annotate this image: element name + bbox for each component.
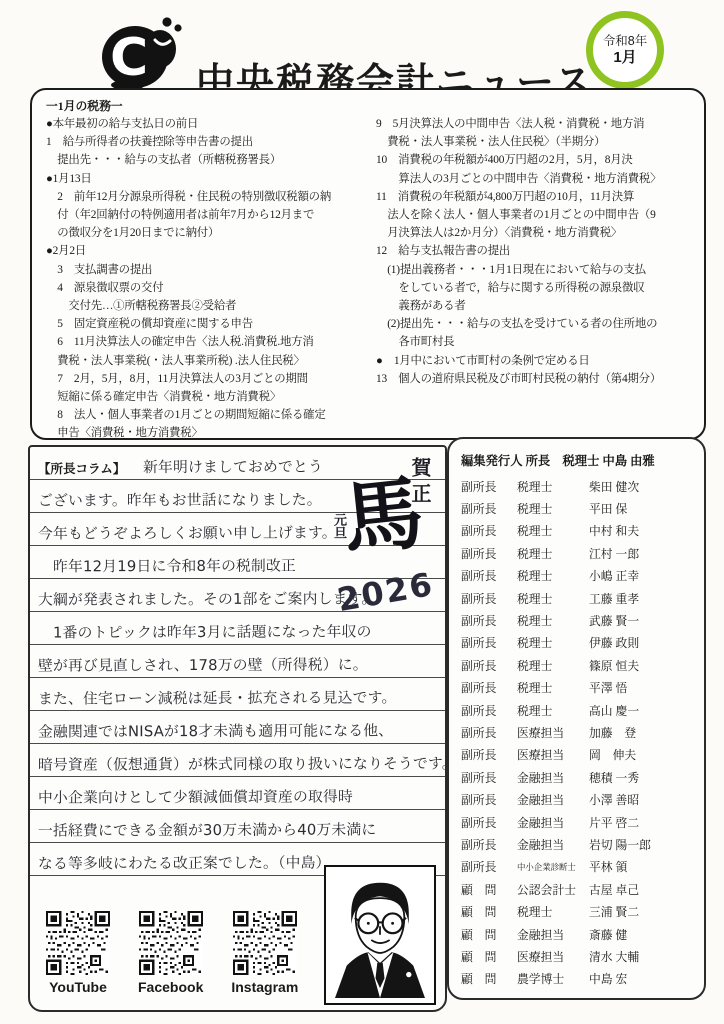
staff-row: 副所長 税理士 平田 保 <box>461 497 696 519</box>
tax-calendar-line: (1)提出義務者・・・1月1日現在において給与の支払 <box>376 261 692 279</box>
director-column-box: 【所長コラム】 新年明けましておめでとう ございます。昨年もお世話になりました。… <box>28 445 447 1012</box>
tax-calendar-columns: ●本年最初の給与支払日の前日1 給与所得者の扶養控除等申告書の提出 提出先・・・… <box>46 115 692 443</box>
staff-title: 税理士 <box>517 657 589 674</box>
staff-title: 医療担当 <box>517 746 589 763</box>
staff-title: 金融担当 <box>517 836 589 853</box>
staff-name: 小嶋 正幸 <box>589 567 696 584</box>
staff-role: 顧 問 <box>461 903 517 920</box>
tax-calendar-line: ●2月2日 <box>46 242 362 260</box>
staff-name: 高山 慶一 <box>589 702 696 719</box>
svg-text:C: C <box>110 28 148 88</box>
tax-calendar-heading: 一1月の税務一 <box>46 97 692 115</box>
staff-role: 副所長 <box>461 567 517 584</box>
staff-role: 副所長 <box>461 657 517 674</box>
staff-title: 農学博士 <box>517 970 589 987</box>
staff-row: 副所長 税理士 小嶋 正幸 <box>461 565 696 587</box>
director-portrait-illustration <box>326 867 434 1003</box>
tax-calendar-line: 付（年2回納付の特例適用者は前年7月から12月まで <box>46 206 362 224</box>
staff-title: 中小企業診断士 <box>517 861 589 873</box>
qr-code-label: Facebook <box>138 979 203 995</box>
staff-title: 税理士 <box>517 903 589 920</box>
staff-title: 税理士 <box>517 612 589 629</box>
staff-role: 副所長 <box>461 724 517 741</box>
staff-name: 清水 大輔 <box>589 948 696 965</box>
tax-calendar-line: 11 消費税の年税額が4,800万円超の10月，11月決算 <box>376 188 692 206</box>
staff-name: 平澤 悟 <box>589 679 696 696</box>
staff-name: 伊藤 政則 <box>589 634 696 651</box>
column-label: 【所長コラム】 <box>38 459 125 477</box>
staff-title: 金融担当 <box>517 791 589 808</box>
staff-name: 江村 一郎 <box>589 545 696 562</box>
tax-calendar-line: 9 5月決算法人の中間申告〈法人税・消費税・地方消 <box>376 115 692 133</box>
staff-title: 公認会計士 <box>517 881 589 898</box>
staff-title: 税理士 <box>517 522 589 539</box>
staff-role: 副所長 <box>461 634 517 651</box>
tax-calendar-line: 7 2月，5月，8月，11月決算法人の3月ごとの期間 <box>46 370 362 388</box>
staff-name: 中島 宏 <box>589 970 696 987</box>
staff-row: 顧 問 公認会計士 古屋 卓己 <box>461 878 696 900</box>
staff-title: 税理士 <box>517 478 589 495</box>
staff-name: 小澤 善昭 <box>589 791 696 808</box>
staff-row: 顧 問 医療担当 清水 大輔 <box>461 945 696 967</box>
tax-calendar-line: ●1月13日 <box>46 170 362 188</box>
staff-name: 片平 啓二 <box>589 814 696 831</box>
staff-row: 顧 問 金融担当 斎藤 健 <box>461 923 696 945</box>
staff-title: 税理士 <box>517 634 589 651</box>
staff-row: 副所長 金融担当 片平 啓二 <box>461 811 696 833</box>
staff-name: 工藤 重孝 <box>589 590 696 607</box>
tax-calendar-line: 交付先…①所轄税務署長②受給者 <box>46 297 362 315</box>
staff-row: 副所長 税理士 平澤 悟 <box>461 677 696 699</box>
staff-row: 副所長 金融担当 岩切 陽一郎 <box>461 833 696 855</box>
handwritten-line: また、住宅ローン減税は延長・拡充される見込です。 <box>30 678 445 711</box>
issue-date-badge: 令和8年 1月 <box>586 11 664 89</box>
tax-calendar-line: 費税・法人事業税(・法人事業所税) .法人住民税〉 <box>46 352 362 370</box>
staff-row: 副所長 税理士 工藤 重孝 <box>461 587 696 609</box>
qr-code-icon <box>46 911 110 975</box>
staff-role: 副所長 <box>461 769 517 786</box>
staff-role: 副所長 <box>461 500 517 517</box>
handwritten-column: 新年明けましておめでとう ございます。昨年もお世話になりました。 今年もどうぞよ… <box>30 447 445 876</box>
staff-role: 副所長 <box>461 836 517 853</box>
staff-row: 顧 問 税理士 三浦 賢二 <box>461 900 696 922</box>
handwritten-line: 今年もどうぞよろしくお願い申し上げます。 <box>30 513 445 546</box>
staff-title: 医療担当 <box>517 724 589 741</box>
staff-row: 副所長 金融担当 穂積 一秀 <box>461 766 696 788</box>
tax-calendar-line: 申告〈消費税・地方消費税〉 <box>46 424 362 442</box>
staff-row: 副所長 税理士 伊藤 政則 <box>461 632 696 654</box>
staff-role: 副所長 <box>461 679 517 696</box>
tax-calendar-line: (2)提出先・・・給与の支払を受けている者の住所地の <box>376 315 692 333</box>
staff-role: 副所長 <box>461 478 517 495</box>
staff-role: 副所長 <box>461 612 517 629</box>
qr-code-label: Instagram <box>231 979 298 995</box>
staff-role: 副所長 <box>461 858 517 875</box>
staff-title: 税理士 <box>517 702 589 719</box>
staff-row: 副所長 金融担当 小澤 善昭 <box>461 788 696 810</box>
staff-title: 税理士 <box>517 567 589 584</box>
staff-row: 副所長 税理士 武藤 賢一 <box>461 609 696 631</box>
staff-role: 顧 問 <box>461 881 517 898</box>
handwritten-line: 昨年12月19日に令和8年の税制改正 <box>30 546 445 579</box>
staff-row: 副所長 税理士 柴田 健次 <box>461 475 696 497</box>
staff-role: 副所長 <box>461 814 517 831</box>
tax-calendar-line: 算法人の3月ごとの中間申告〈消費税・地方消費税〉 <box>376 170 692 188</box>
tax-calendar-line: 13 個人の道府県民税及び市町村民税の納付（第4期分） <box>376 370 692 388</box>
qr-code-item: YouTube <box>46 911 110 995</box>
publisher-title: 所長 税理士 <box>526 454 600 468</box>
staff-row: 副所長 税理士 江村 一郎 <box>461 542 696 564</box>
staff-name: 三浦 賢二 <box>589 903 696 920</box>
staff-role: 副所長 <box>461 746 517 763</box>
staff-role: 副所長 <box>461 522 517 539</box>
staff-row: 副所長 中小企業診断士 平林 領 <box>461 856 696 878</box>
staff-role: 顧 問 <box>461 970 517 987</box>
tax-calendar-line: 4 源泉徴収票の交付 <box>46 279 362 297</box>
qr-code-item: Facebook <box>138 911 203 995</box>
tax-calendar-line: 2 前年12月分源泉所得税・住民税の特別徴収税額の納 <box>46 188 362 206</box>
publisher-label: 編集発行人 <box>461 454 523 468</box>
publisher-line: 編集発行人 所長 税理士 中島 由雅 <box>461 451 696 475</box>
staff-name: 平田 保 <box>589 500 696 517</box>
staff-name: 斎藤 健 <box>589 926 696 943</box>
staff-name: 平林 領 <box>589 858 696 875</box>
tax-calendar-line: 各市町村長 <box>376 333 692 351</box>
staff-name: 篠原 恒夫 <box>589 657 696 674</box>
snail-logo-icon: C <box>98 13 190 91</box>
staff-name: 加藤 登 <box>589 724 696 741</box>
qr-code-icon <box>139 911 203 975</box>
qr-code-label: YouTube <box>49 979 107 995</box>
staff-row: 副所長 医療担当 岡 伸夫 <box>461 744 696 766</box>
staff-role: 顧 問 <box>461 948 517 965</box>
handwritten-line: 金融関連ではNISAが18才未満も適用可能になる他、 <box>30 711 445 744</box>
staff-title: 金融担当 <box>517 769 589 786</box>
handwritten-line: 壁が再び見直しされ、178万の壁（所得税）に。 <box>30 645 445 678</box>
handwritten-line: ございます。昨年もお世話になりました。 <box>30 480 445 513</box>
staff-role: 副所長 <box>461 590 517 607</box>
issue-month: 1月 <box>613 49 636 67</box>
qr-code-list: YouTube Facebook <box>46 911 324 1005</box>
qr-code-item: Instagram <box>231 911 298 995</box>
director-portrait <box>324 865 436 1005</box>
tax-calendar-right-column: 9 5月決算法人の中間申告〈法人税・消費税・地方消 費税・法人事業税・法人住民税… <box>376 115 692 443</box>
staff-row: 副所長 税理士 高山 慶一 <box>461 699 696 721</box>
tax-calendar-line: 費税・法人事業税・法人住民税〉（半期分） <box>376 133 692 151</box>
handwritten-line: 中小企業向けとして少額減価償却資産の取得時 <box>30 777 445 810</box>
tax-calendar-line: 5 固定資産税の償却資産に関する申告 <box>46 315 362 333</box>
tax-calendar-line: をしている者で，給与に関する所得税の源泉徴収 <box>376 279 692 297</box>
staff-role: 副所長 <box>461 702 517 719</box>
tax-calendar-line: ● 1月中において市町村の条例で定める日 <box>376 352 692 370</box>
staff-name: 古屋 卓己 <box>589 881 696 898</box>
staff-title: 税理士 <box>517 590 589 607</box>
handwritten-line: 暗号資産（仮想通貨）が株式同様の取り扱いになりそうです。 <box>30 744 445 777</box>
tax-calendar-line: の徴収分を1月20日までに納付） <box>46 224 362 242</box>
staff-title: 税理士 <box>517 500 589 517</box>
tax-calendar-line: 6 11月決算法人の確定申告〈法人税.消費税.地方消 <box>46 333 362 351</box>
staff-name: 穂積 一秀 <box>589 769 696 786</box>
staff-title: 金融担当 <box>517 926 589 943</box>
staff-role: 副所長 <box>461 791 517 808</box>
staff-title: 医療担当 <box>517 948 589 965</box>
tax-calendar-box: 一1月の税務一 ●本年最初の給与支払日の前日1 給与所得者の扶養控除等申告書の提… <box>30 88 706 440</box>
tax-calendar-line: ●本年最初の給与支払日の前日 <box>46 115 362 133</box>
tax-calendar-line: 3 支払調書の提出 <box>46 261 362 279</box>
qr-code-icon <box>233 911 297 975</box>
tax-calendar-line: 10 消費税の年税額が400万円超の2月，5月，8月決 <box>376 151 692 169</box>
staff-name: 中村 和夫 <box>589 522 696 539</box>
tax-calendar-line: 月決算法人は2か月分）〈消費税・地方消費税〉 <box>376 224 692 242</box>
issue-era: 令和8年 <box>603 34 647 49</box>
tax-calendar-line: 8 法人・個人事業者の1月ごとの期間短縮に係る確定 <box>46 406 362 424</box>
newsletter-page: C 中央税務会計ニュース 令和8年 1月 一1月の税務一 ●本年最初の給与支払日… <box>0 0 724 1024</box>
tax-calendar-line: 12 給与支払報告書の提出 <box>376 242 692 260</box>
staff-name: 柴田 健次 <box>589 478 696 495</box>
staff-title: 税理士 <box>517 679 589 696</box>
staff-title: 税理士 <box>517 545 589 562</box>
staff-name: 岩切 陽一郎 <box>589 836 696 853</box>
tax-calendar-line: 提出先・・・給与の支払者（所轄税務署長） <box>46 151 362 169</box>
publisher-name: 中島 由雅 <box>602 454 654 468</box>
social-and-photo-row: YouTube Facebook <box>46 863 440 1005</box>
staff-role: 顧 問 <box>461 926 517 943</box>
tax-calendar-line: 義務がある者 <box>376 297 692 315</box>
staff-name: 武藤 賢一 <box>589 612 696 629</box>
staff-list: 副所長 税理士 柴田 健次 副所長 税理士 平田 保 副所長 税理士 中村 和夫 <box>461 475 696 990</box>
tax-calendar-line: 1 給与所得者の扶養控除等申告書の提出 <box>46 133 362 151</box>
staff-name: 岡 伸夫 <box>589 746 696 763</box>
tax-calendar-line: 短縮に係る確定申告〈消費税・地方消費税〉 <box>46 388 362 406</box>
tax-calendar-line: 法人を除く法人・個人事業者の1月ごとの中間申告（9 <box>376 206 692 224</box>
handwritten-line: 大綱が発表されました。その1部をご案内します。 <box>30 579 445 612</box>
staff-row: 顧 問 農学博士 中島 宏 <box>461 968 696 990</box>
staff-row: 副所長 医療担当 加藤 登 <box>461 721 696 743</box>
handwritten-line: 一括経費にできる金額が30万未満から40万未満に <box>30 810 445 843</box>
handwritten-line: 1番のトピックは昨年3月に話題になった年収の <box>30 612 445 645</box>
staff-row: 副所長 税理士 中村 和夫 <box>461 520 696 542</box>
staff-row: 副所長 税理士 篠原 恒夫 <box>461 654 696 676</box>
tax-calendar-left-column: ●本年最初の給与支払日の前日1 給与所得者の扶養控除等申告書の提出 提出先・・・… <box>46 115 362 443</box>
staff-title: 金融担当 <box>517 814 589 831</box>
masthead-box: 編集発行人 所長 税理士 中島 由雅 副所長 税理士 柴田 健次 副所長 税理士… <box>447 437 706 1000</box>
staff-role: 副所長 <box>461 545 517 562</box>
